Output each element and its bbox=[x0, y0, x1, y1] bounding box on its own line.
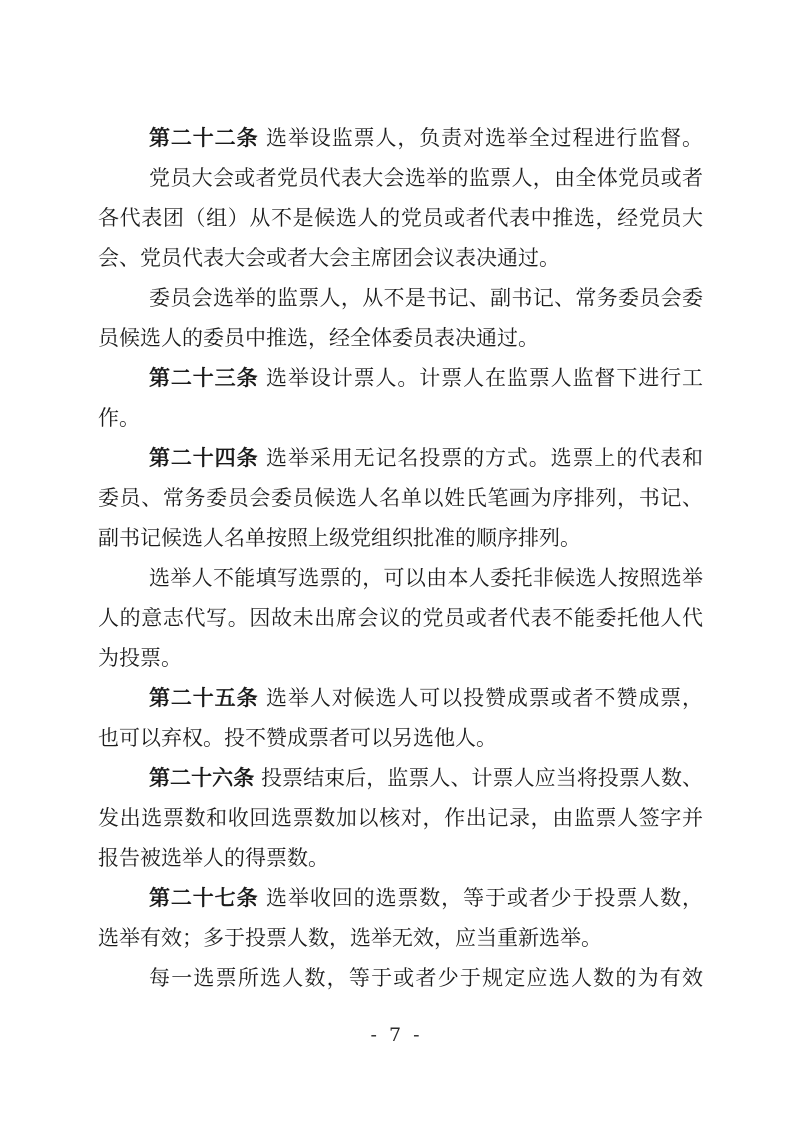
text-line: 会、党员代表大会或者大会主席团会议表决通过。 bbox=[98, 238, 703, 278]
line-text: 会、党员代表大会或者大会主席团会议表决通过。 bbox=[98, 246, 560, 270]
article-number: 第二十六条 bbox=[149, 765, 254, 790]
article-number: 第二十五条 bbox=[149, 685, 258, 710]
line-text: 选举设监票人，负责对选举全过程进行监督。 bbox=[266, 126, 703, 150]
line-text: 选举设计票人。计票人在监票人监督下进行工 bbox=[266, 366, 703, 390]
line-text: 选举人不能填写选票的，可以由本人委托非候选人按照选举 bbox=[149, 566, 703, 590]
text-line: 为投票。 bbox=[98, 638, 703, 678]
text-line: 第二十四条 选举采用无记名投票的方式。选票上的代表和 bbox=[98, 438, 703, 478]
line-text: 投票结束后，监票人、计票人应当将投票人数、 bbox=[261, 766, 703, 790]
line-text: 委员会选举的监票人，从不是书记、副书记、常务委员会委 bbox=[149, 286, 703, 310]
document-page: 第二十二条 选举设监票人，负责对选举全过程进行监督。党员大会或者党员代表大会选举… bbox=[0, 0, 793, 1122]
line-text: 选举收回的选票数，等于或者少于投票人数， bbox=[266, 886, 703, 910]
article-number: 第二十四条 bbox=[149, 445, 258, 470]
text-line: 选举有效；多于投票人数，选举无效，应当重新选举。 bbox=[98, 918, 703, 958]
text-line: 委员会选举的监票人，从不是书记、副书记、常务委员会委 bbox=[98, 278, 703, 318]
article-number: 第二十二条 bbox=[149, 125, 258, 150]
line-text: 发出选票数和收回选票数加以核对，作出记录，由监票人签字并 bbox=[98, 806, 703, 830]
line-text: 人的意志代写。因故未出席会议的党员或者代表不能委托他人代 bbox=[98, 606, 703, 630]
text-line: 作。 bbox=[98, 398, 703, 438]
text-line: 委员、常务委员会委员候选人名单以姓氏笔画为序排列，书记、 bbox=[98, 478, 703, 518]
text-line: 每一选票所选人数，等于或者少于规定应选人数的为有效 bbox=[98, 958, 703, 998]
page-footer: - 7 - bbox=[0, 1024, 793, 1046]
line-text: 委员、常务委员会委员候选人名单以姓氏笔画为序排列，书记、 bbox=[98, 486, 703, 510]
text-line: 人的意志代写。因故未出席会议的党员或者代表不能委托他人代 bbox=[98, 598, 703, 638]
page-number: - 7 - bbox=[370, 1024, 422, 1046]
line-text: 报告被选举人的得票数。 bbox=[98, 846, 329, 870]
text-line: 也可以弃权。投不赞成票者可以另选他人。 bbox=[98, 718, 703, 758]
text-line: 第二十五条 选举人对候选人可以投赞成票或者不赞成票， bbox=[98, 678, 703, 718]
text-line: 第二十七条 选举收回的选票数，等于或者少于投票人数， bbox=[98, 878, 703, 918]
line-text: 选举人对候选人可以投赞成票或者不赞成票， bbox=[266, 686, 703, 710]
text-line: 各代表团（组）从不是候选人的党员或者代表中推选，经党员大 bbox=[98, 198, 703, 238]
text-line: 第二十三条 选举设计票人。计票人在监票人监督下进行工 bbox=[98, 358, 703, 398]
line-text: 副书记候选人名单按照上级党组织批准的顺序排列。 bbox=[98, 526, 581, 550]
line-text: 各代表团（组）从不是候选人的党员或者代表中推选，经党员大 bbox=[98, 206, 703, 230]
text-line: 选举人不能填写选票的，可以由本人委托非候选人按照选举 bbox=[98, 558, 703, 598]
line-text: 员候选人的委员中推选，经全体委员表决通过。 bbox=[98, 326, 539, 350]
document-body: 第二十二条 选举设监票人，负责对选举全过程进行监督。党员大会或者党员代表大会选举… bbox=[98, 118, 703, 998]
text-line: 第二十二条 选举设监票人，负责对选举全过程进行监督。 bbox=[98, 118, 703, 158]
text-line: 发出选票数和收回选票数加以核对，作出记录，由监票人签字并 bbox=[98, 798, 703, 838]
article-number: 第二十七条 bbox=[149, 885, 258, 910]
line-text: 作。 bbox=[98, 406, 140, 430]
line-text: 每一选票所选人数，等于或者少于规定应选人数的为有效 bbox=[149, 966, 703, 990]
text-line: 员候选人的委员中推选，经全体委员表决通过。 bbox=[98, 318, 703, 358]
text-line: 报告被选举人的得票数。 bbox=[98, 838, 703, 878]
line-text: 党员大会或者党员代表大会选举的监票人，由全体党员或者 bbox=[149, 166, 703, 190]
line-text: 选举有效；多于投票人数，选举无效，应当重新选举。 bbox=[98, 926, 602, 950]
article-number: 第二十三条 bbox=[149, 365, 258, 390]
text-line: 第二十六条 投票结束后，监票人、计票人应当将投票人数、 bbox=[98, 758, 703, 798]
text-line: 党员大会或者党员代表大会选举的监票人，由全体党员或者 bbox=[98, 158, 703, 198]
line-text: 也可以弃权。投不赞成票者可以另选他人。 bbox=[98, 726, 497, 750]
line-text: 选举采用无记名投票的方式。选票上的代表和 bbox=[266, 446, 703, 470]
line-text: 为投票。 bbox=[98, 646, 182, 670]
text-line: 副书记候选人名单按照上级党组织批准的顺序排列。 bbox=[98, 518, 703, 558]
